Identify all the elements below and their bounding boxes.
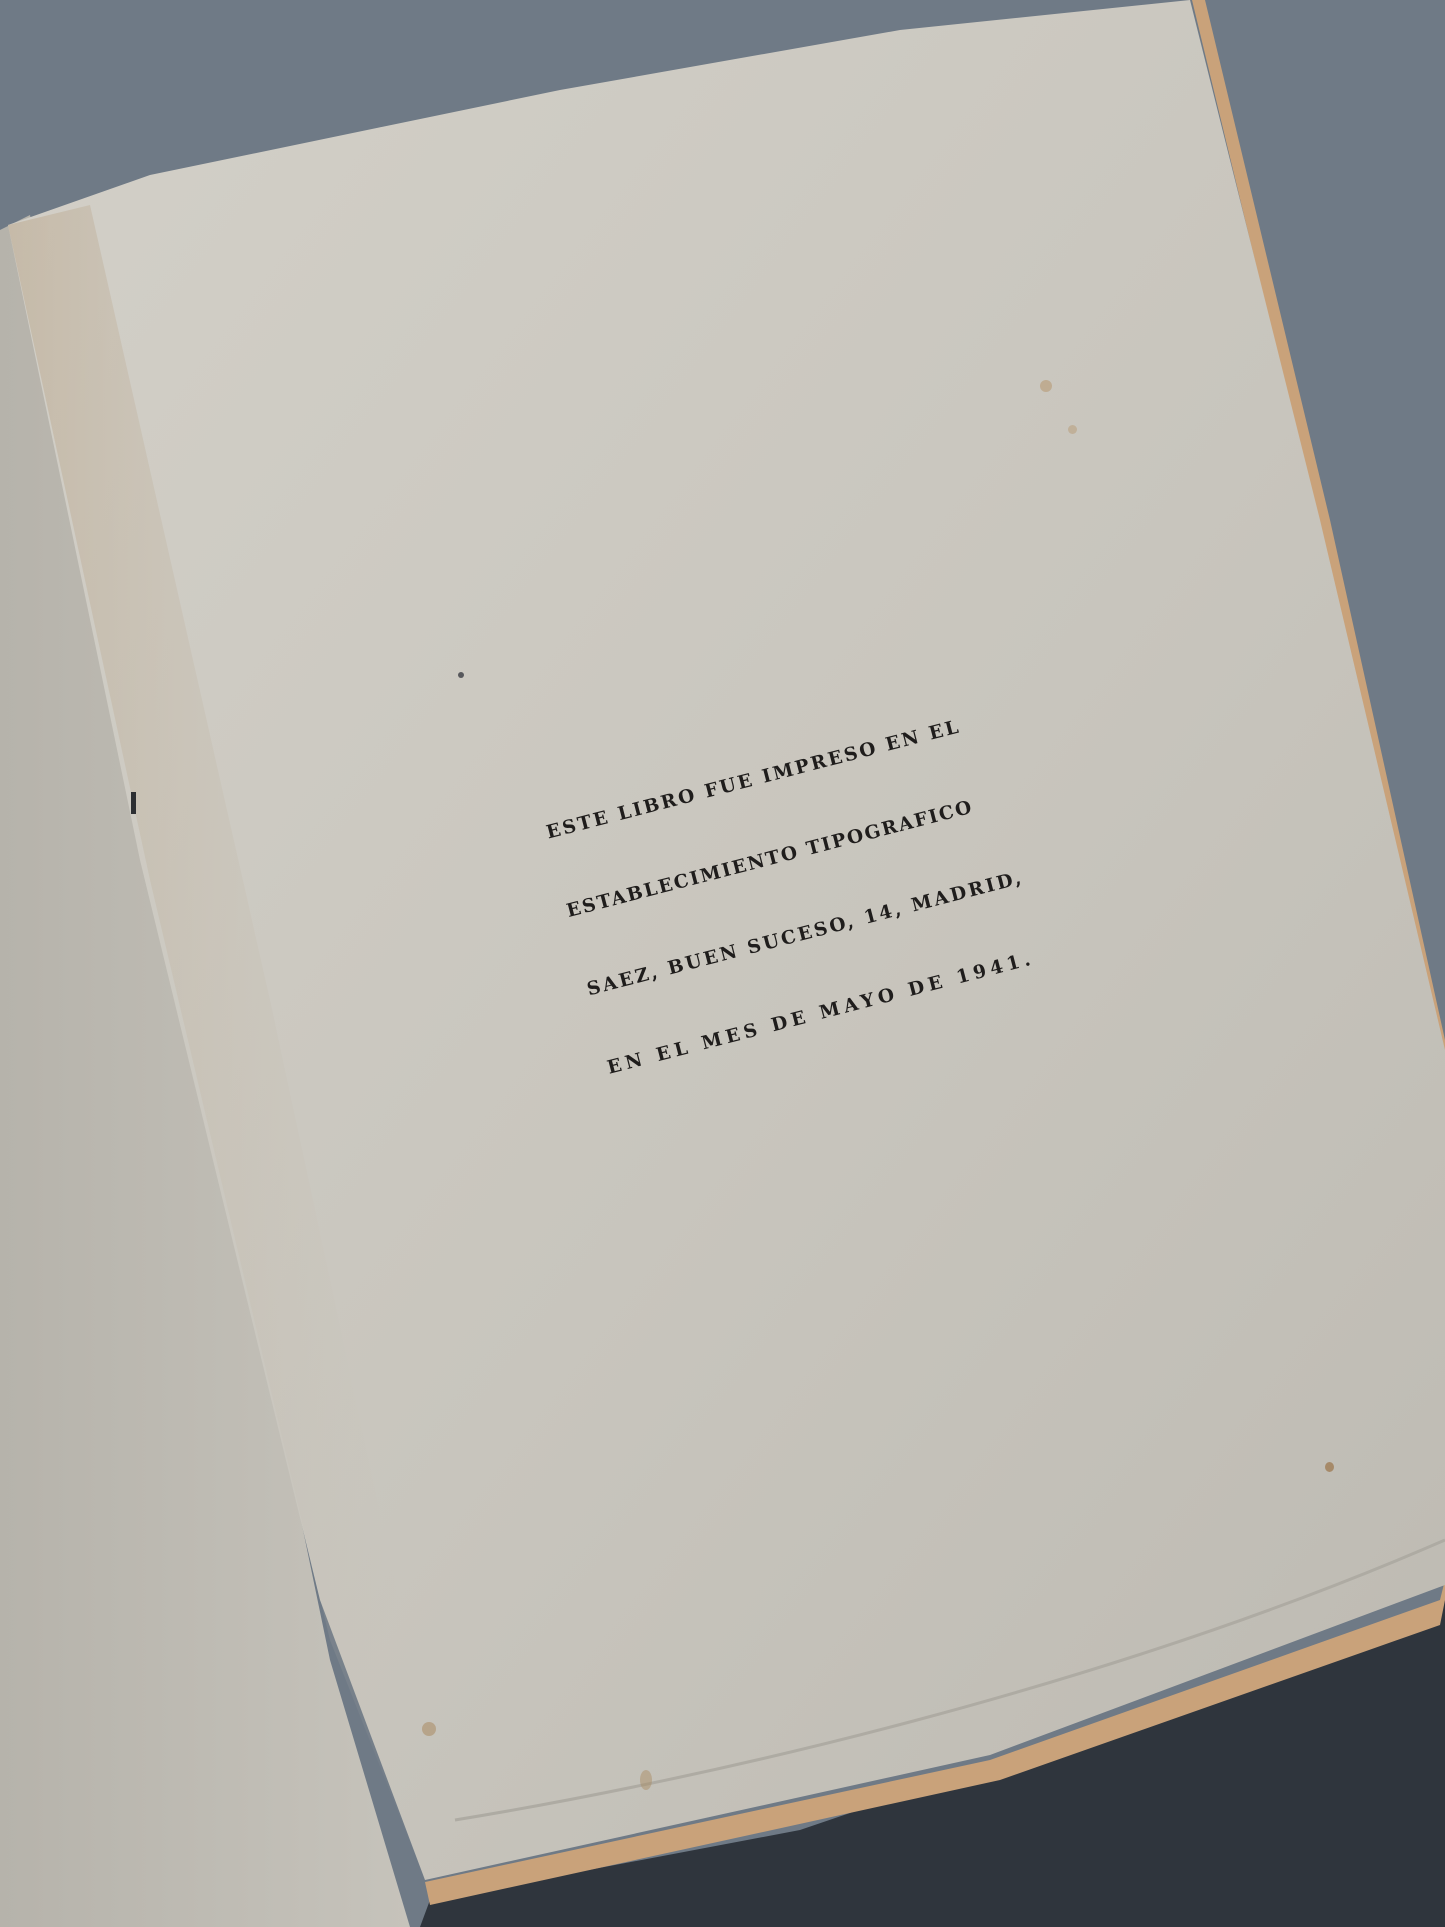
foxing-spot xyxy=(1040,380,1052,392)
foxing-spot xyxy=(422,1722,436,1736)
foxing-spot xyxy=(1325,1462,1334,1472)
binding-mark xyxy=(131,792,136,814)
foxing-spot xyxy=(640,1770,652,1790)
foxing-spot xyxy=(1068,425,1077,434)
photo-scene: ESTE LIBRO FUE IMPRESO EN EL ESTABLECIMI… xyxy=(0,0,1445,1927)
ink-dot xyxy=(458,672,464,678)
